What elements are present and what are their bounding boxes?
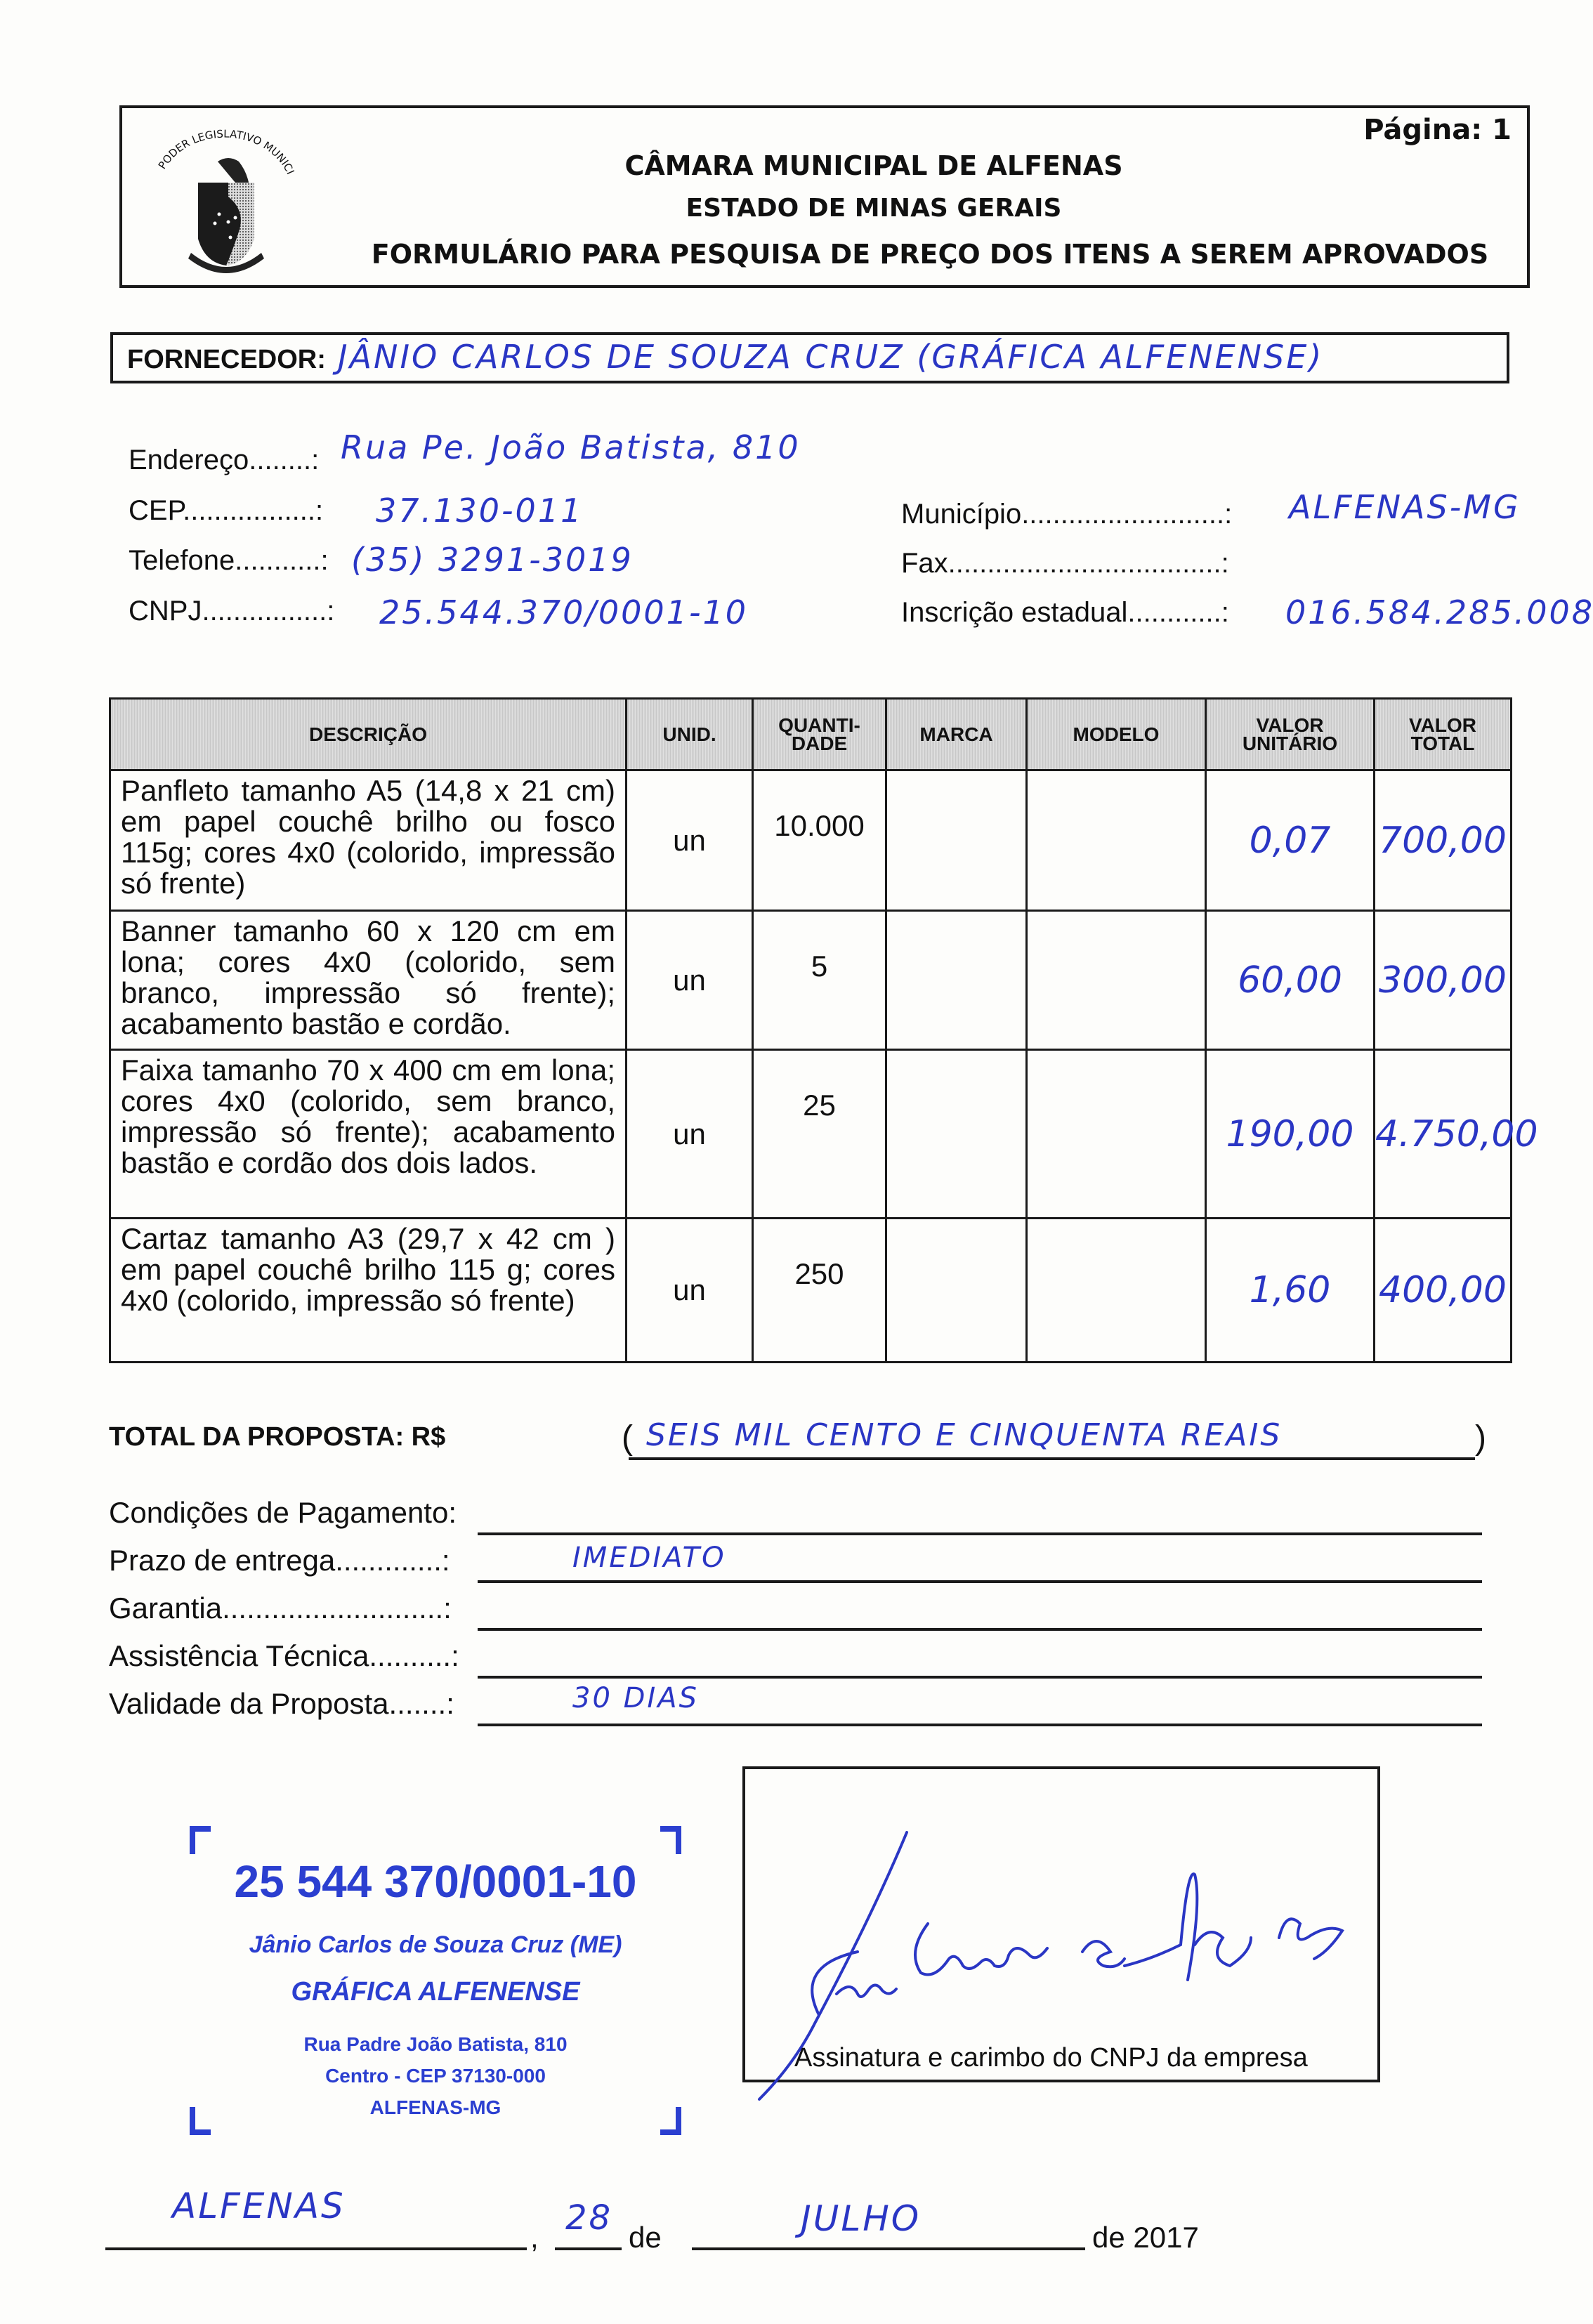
items-table: DESCRIÇÃO UNID. QUANTI- DADE MARCA MODEL… [109,697,1512,1363]
item-total-price-field[interactable]: 300,00 [1375,911,1512,1050]
state-title: ESTADO DE MINAS GERAIS [122,194,1527,223]
city-label: Município..........................: [901,499,1232,530]
table-row: Cartaz tamanho A3 (29,7 x 42 cm ) em pap… [110,1219,1512,1363]
item-quantity: 10.000 [753,770,886,911]
stamp-owner-name: Jânio Carlos de Souza Cruz (ME) [190,1931,681,1959]
institution-title: CÂMARA MUNICIPAL DE ALFENAS [122,150,1527,181]
delivery-time-field[interactable]: IMEDIATO [572,1542,726,1574]
item-unit: un [627,911,753,1050]
item-quantity: 250 [753,1219,886,1363]
item-unit: un [627,770,753,911]
state-registration-field[interactable]: 016.584.285.0089 [1285,593,1593,631]
proposal-validity-label: Validade da Proposta.......: [109,1687,454,1721]
table-header-row: DESCRIÇÃO UNID. QUANTI- DADE MARCA MODEL… [110,699,1512,770]
technical-assistance-label: Assistência Técnica..........: [109,1639,459,1673]
table-row: Faixa tamanho 70 x 400 cm em lona; cores… [110,1050,1512,1219]
item-unit-price-field[interactable]: 1,60 [1206,1219,1375,1363]
item-description: Faixa tamanho 70 x 400 cm em lona; cores… [110,1050,627,1219]
svg-text:PODER LEGISLATIVO MUNICIPAL: PODER LEGISLATIVO MUNICIPAL [140,112,297,176]
col-header-total-price: VALOR TOTAL [1375,699,1512,770]
table-row: Banner tamanho 60 x 120 cm em lona; core… [110,911,1512,1050]
warranty-line [478,1628,1482,1631]
stamp-district-cep: Centro - CEP 37130-000 [190,2065,681,2087]
date-month-field[interactable]: JULHO [801,2198,921,2239]
cep-label: CEP.................: [129,495,323,527]
item-total-price-field[interactable]: 700,00 [1375,770,1512,911]
col-header-brand: MARCA [886,699,1027,770]
proposal-validity-line [478,1724,1482,1726]
stamp-city: ALFENAS-MG [190,2096,681,2119]
cnpj-field[interactable]: 25.544.370/0001-10 [379,593,748,631]
col-header-unit: UNID. [627,699,753,770]
total-underline [629,1457,1475,1460]
delivery-time-label: Prazo de entrega.............: [109,1544,450,1577]
table-row: Panfleto tamanho A5 (14,8 x 21 cm) em pa… [110,770,1512,911]
item-model-field[interactable] [1027,911,1206,1050]
item-quantity: 5 [753,911,886,1050]
col-header-unit-price: VALOR UNITÁRIO [1206,699,1375,770]
state-registration-label: Inscrição estadual............: [901,597,1229,629]
phone-field[interactable]: (35) 3291-3019 [351,541,634,579]
item-unit: un [627,1219,753,1363]
item-description: Panfleto tamanho A5 (14,8 x 21 cm) em pa… [110,770,627,911]
supplier-box: FORNECEDOR: JÂNIO CARLOS DE SOUZA CRUZ (… [110,332,1509,383]
date-month-line [692,2247,1085,2250]
date-year-label: de 2017 [1092,2221,1199,2254]
form-title: FORMULÁRIO PARA PESQUISA DE PREÇO DOS IT… [122,239,1527,270]
stamp-corner-icon [660,1826,681,1854]
item-unit-price-field[interactable]: 0,07 [1206,770,1375,911]
total-in-words-field[interactable]: SEIS MIL CENTO E CINQUENTA REAIS [646,1417,1282,1453]
item-description: Banner tamanho 60 x 120 cm em lona; core… [110,911,627,1050]
address-label: Endereço........: [129,445,319,476]
signature-caption: Assinatura e carimbo do CNPJ da empresa [794,2043,1308,2073]
item-brand-field[interactable] [886,1050,1027,1219]
total-paren-close: ) [1475,1419,1486,1457]
supplier-name-field[interactable]: JÂNIO CARLOS DE SOUZA CRUZ (GRÁFICA ALFE… [338,338,1323,376]
payment-terms-line [478,1532,1482,1535]
warranty-label: Garantia...........................: [109,1591,452,1625]
header-box: Página: 1 CÂMARA MUNICIPAL DE ALFENAS ES… [119,105,1530,288]
date-city-field[interactable]: ALFENAS [172,2186,346,2226]
item-total-price-field[interactable]: 400,00 [1375,1219,1512,1363]
delivery-time-line [478,1580,1482,1583]
item-unit-price-field[interactable]: 190,00 [1206,1050,1375,1219]
page-number: Página: 1 [1363,114,1512,146]
date-city-line [105,2247,527,2250]
date-day-line [555,2247,622,2250]
stamp-street: Rua Padre João Batista, 810 [190,2033,681,2056]
item-unit-price-field[interactable]: 60,00 [1206,911,1375,1050]
fax-label: Fax...................................: [901,548,1229,579]
stamp-cnpj: 25 544 370/0001-10 [190,1856,681,1908]
cep-field[interactable]: 37.130-011 [376,492,583,530]
signature-box[interactable]: Assinatura e carimbo do CNPJ da empresa [742,1766,1380,2082]
item-model-field[interactable] [1027,1050,1206,1219]
date-de-label: de [629,2221,662,2254]
item-unit: un [627,1050,753,1219]
item-brand-field[interactable] [886,911,1027,1050]
item-model-field[interactable] [1027,1219,1206,1363]
company-stamp: 25 544 370/0001-10 Jânio Carlos de Souza… [190,1826,681,2135]
total-label: TOTAL DA PROPOSTA: R$ [109,1422,445,1452]
proposal-validity-field[interactable]: 30 DIAS [572,1682,699,1714]
coat-of-arms-logo-icon: PODER LEGISLATIVO MUNICIPAL [140,112,309,277]
date-day-field[interactable]: 28 [565,2198,612,2238]
cnpj-label: CNPJ................: [129,596,334,627]
supplier-label: FORNECEDOR: [127,345,326,375]
col-header-quantity: QUANTI- DADE [753,699,886,770]
city-field[interactable]: ALFENAS-MG [1289,488,1521,526]
item-quantity: 25 [753,1050,886,1219]
item-description: Cartaz tamanho A3 (29,7 x 42 cm ) em pap… [110,1219,627,1363]
phone-label: Telefone...........: [129,545,329,577]
col-header-description: DESCRIÇÃO [110,699,627,770]
item-brand-field[interactable] [886,770,1027,911]
item-total-price-field[interactable]: 4.750,00 [1375,1050,1512,1219]
stamp-corner-icon [190,1826,211,1854]
item-brand-field[interactable] [886,1219,1027,1363]
col-header-model: MODELO [1027,699,1206,770]
stamp-company-name: GRÁFICA ALFENENSE [190,1977,681,2007]
date-comma: , [530,2221,539,2254]
item-model-field[interactable] [1027,770,1206,911]
total-paren-open: ( [622,1419,633,1457]
address-field[interactable]: Rua Pe. João Batista, 810 [341,428,801,466]
technical-assistance-line [478,1676,1482,1679]
payment-terms-label: Condições de Pagamento: [109,1496,457,1530]
